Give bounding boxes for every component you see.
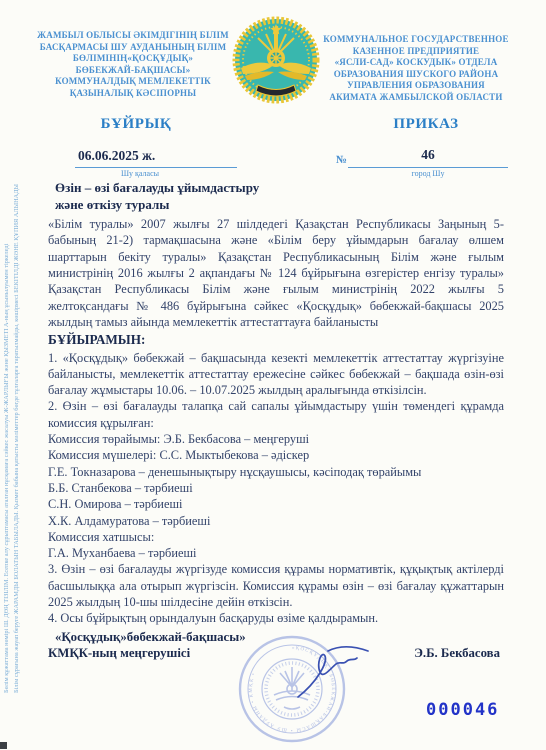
place-russian: город Шу — [348, 169, 508, 178]
order-item-1: 1. «Қосқұдық» бөбекжай – бақшасында кезе… — [48, 350, 504, 399]
commission-list: Комиссия төрайымы: Э.Б. Бекбасова – меңг… — [48, 431, 504, 561]
signer-org-line: «Қосқұдық»бөбекжай-бақшасы» — [48, 629, 246, 646]
org-ru-line: УПРАВЛЕНИЯ ОБРАЗОВАНИЯ — [316, 80, 516, 92]
preamble-paragraph: «Білім туралы» 2007 жылғы 27 шілдедегі Қ… — [48, 216, 504, 330]
org-ru-line: КАЗЕННОЕ ПРЕДПРИЯТИЕ — [316, 46, 516, 58]
subject-line1: Өзін – өзі бағалауды ұйымдастыру — [55, 180, 504, 197]
org-name-kazakh: ЖАМБЫЛ ОБЛЫСЫ ӘКІМДІГІНІҢ БІЛІМ БАСҚАРМА… — [32, 30, 234, 100]
order-title-russian: ПРИКАЗ — [374, 116, 478, 133]
date-rule — [75, 167, 237, 168]
org-ru-line: КОММУНАЛЬНОЕ ГОСУДАРСТВЕННОЕ — [316, 34, 516, 46]
org-kk-line: ЖАМБЫЛ ОБЛЫСЫ ӘКІМДІГІНІҢ БІЛІМ — [32, 30, 234, 42]
signer-name: Э.Б. Бекбасова — [414, 645, 504, 662]
commission-secretary: Г.А. Муханбаева – тәрбиеші — [48, 545, 504, 561]
order-item-2: 2. Өзін – өзі бағалауды талапқа сай сапа… — [48, 398, 504, 431]
signer-title-line: КМҚК-ның меңгерушісі — [48, 645, 246, 662]
commission-member: Комиссия мүшелері: С.С. Мыктыбекова – әд… — [48, 447, 504, 463]
org-name-russian: КОММУНАЛЬНОЕ ГОСУДАРСТВЕННОЕ КАЗЕННОЕ ПР… — [316, 34, 516, 104]
margin-fine-print-line1: Білім сұрағына жауап беруге ЖАРАМДЫ БОЛА… — [13, 178, 22, 693]
org-kk-line: ҚАЗЫНАЛЫҚ КӘСІПОРНЫ — [32, 88, 234, 100]
org-ru-line: «ЯСЛИ-САД» КОСКУДЫК» ОТДЕЛА — [316, 57, 516, 69]
signer-position: «Қосқұдық»бөбекжай-бақшасы» КМҚК-ның мең… — [48, 629, 246, 662]
order-title-kazakh: БҰЙРЫҚ — [78, 116, 194, 133]
kazakhstan-emblem-icon — [232, 14, 320, 106]
document-page: Бөлім құжаттама нөмірі Ш. ДӨҢ ТІЗІЛІМ. Е… — [0, 0, 546, 750]
org-kk-line: БАСҚАРМАСЫ ШУ АУДАНЫНЫҢ БІЛІМ — [32, 42, 234, 54]
org-kk-line: БӨБЕКЖАЙ-БАҚШАСЫ» — [32, 65, 234, 77]
order-body: Өзін – өзі бағалауды ұйымдастыру және өт… — [48, 180, 504, 662]
commission-member: Х.К. Алдамуратова – тәрбиеші — [48, 513, 504, 529]
order-item-4: 4. Осы бұйрықтың орындалуын басқаруды өз… — [48, 610, 504, 626]
commission-member: Г.Е. Токназарова – денешынықтыру нұсқауш… — [48, 464, 504, 480]
number-rule — [348, 167, 508, 168]
margin-fine-print: Бөлім құжаттама нөмірі Ш. ДӨҢ ТІЗІЛІМ. Е… — [3, 178, 21, 693]
subject-line2: және өткізу туралы — [55, 197, 504, 214]
number-sign: № — [336, 154, 347, 166]
place-kazakh: Шу қаласы — [75, 169, 205, 178]
order-item-3: 3. Өзін – өзі бағалауды жүргізуде комисс… — [48, 561, 504, 610]
org-kk-line: БӨЛІМІНІҢ«ҚОСҚҰДЫҚ» — [32, 53, 234, 65]
commission-member: С.Н. Омирова – тәрбиеші — [48, 496, 504, 512]
handwritten-signature — [294, 643, 378, 703]
scan-corner-mark — [0, 742, 7, 749]
org-ru-line: АКИМАТА ЖАМБЫЛСКОЙ ОБЛАСТИ — [316, 92, 516, 104]
order-number: 46 — [348, 147, 508, 163]
resolve-word: БҰЙЫРАМЫН: — [48, 332, 504, 348]
margin-fine-print-line2: Бөлім құжаттама нөмірі Ш. ДӨҢ ТІЗІЛІМ. Е… — [3, 178, 12, 693]
letterhead: ЖАМБЫЛ ОБЛЫСЫ ӘКІМДІГІНІҢ БІЛІМ БАСҚАРМА… — [0, 26, 546, 110]
bates-number-stamp: 000046 — [426, 700, 499, 720]
org-kk-line: КОММУНАЛДЫҚ МЕМЛЕКЕТТІК — [32, 76, 234, 88]
org-ru-line: ОБРАЗОВАНИЯ ШУСКОГО РАЙОНА — [316, 69, 516, 81]
commission-secretary-label: Комиссия хатшысы: — [48, 529, 504, 545]
order-subject: Өзін – өзі бағалауды ұйымдастыру және өт… — [55, 180, 504, 213]
order-date: 06.06.2025 ж. — [78, 148, 155, 164]
commission-chair: Комиссия төрайымы: Э.Б. Бекбасова – меңг… — [48, 431, 504, 447]
commission-member: Б.Б. Станбекова – тәрбиеші — [48, 480, 504, 496]
order-titles: БҰЙРЫҚ ПРИКАЗ — [0, 116, 546, 138]
